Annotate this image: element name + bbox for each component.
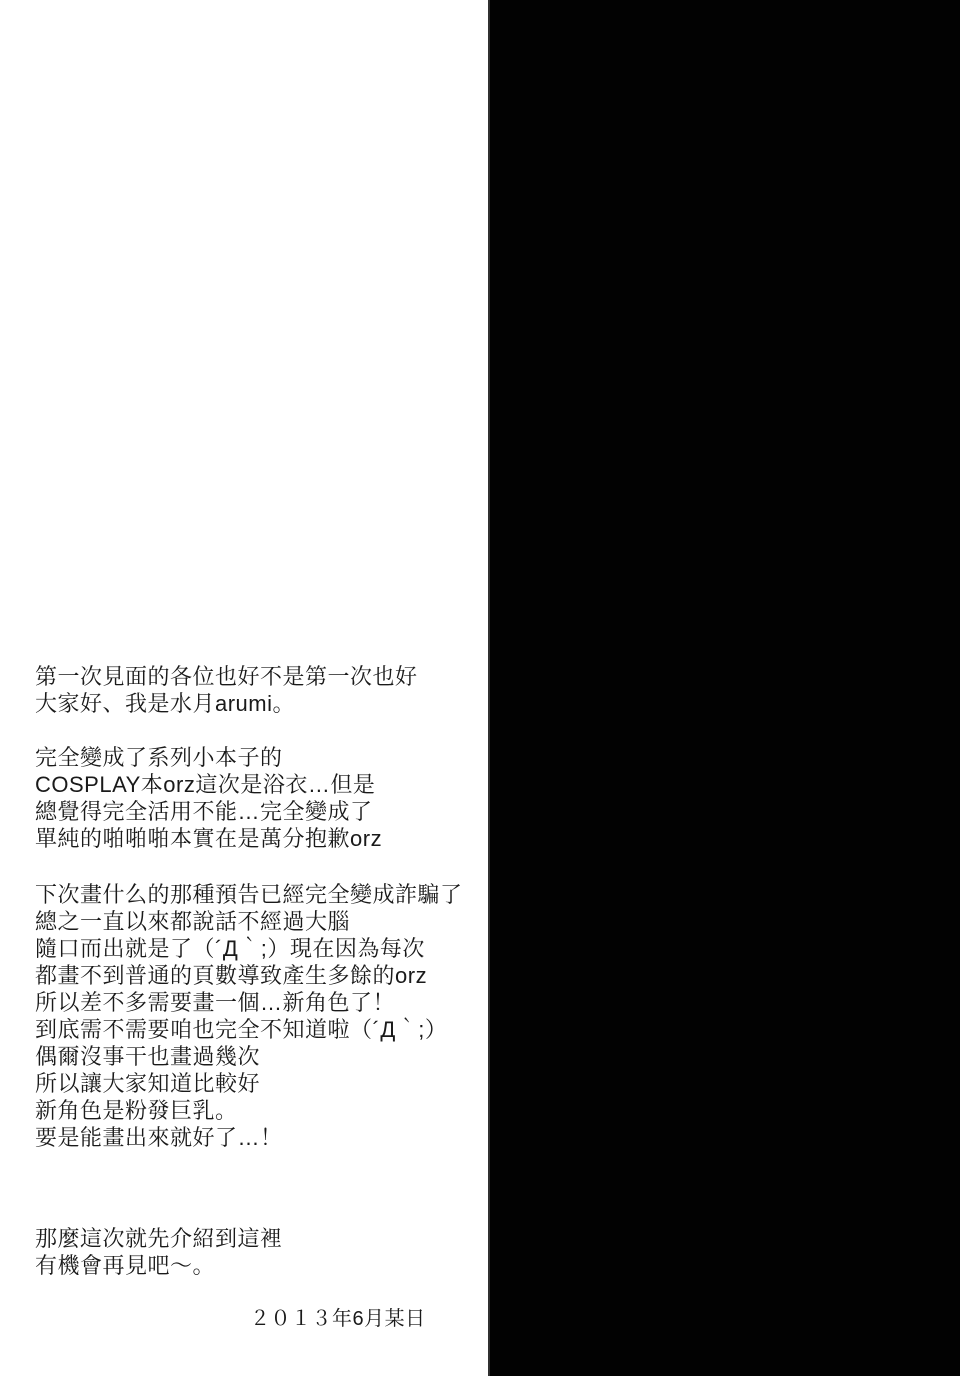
afterword-line: 總之一直以來都說話不經過大腦: [35, 908, 483, 935]
afterword-line: 下次畫什么的那種預告已經完全變成詐騙了: [35, 881, 483, 908]
afterword-line: 要是能畫出來就好了…！: [35, 1124, 483, 1151]
afterword-line: 隨口而出就是了（´Д｀;）現在因為每次: [35, 935, 483, 962]
afterword-line: 單純的啪啪啪本實在是萬分抱歉orz: [35, 825, 483, 852]
afterword-line: 所以差不多需要畫一個…新角色了！: [35, 989, 483, 1016]
afterword-page: 第一次見面的各位也好不是第一次也好大家好、我是水月arumi。 完全變成了系列小…: [0, 0, 960, 1376]
afterword-line: 新角色是粉發巨乳。: [35, 1097, 483, 1124]
afterword-paragraph-apology: 完全變成了系列小本子的COSPLAY本orz這次是浴衣…但是總覺得完全活用不能……: [35, 744, 483, 852]
afterword-text-column: 第一次見面的各位也好不是第一次也好大家好、我是水月arumi。 完全變成了系列小…: [0, 0, 488, 1376]
afterword-line: 偶爾沒事干也畫過幾次: [35, 1043, 483, 1070]
black-page-margin: [488, 0, 960, 1376]
afterword-line: 到底需不需要咱也完全不知道啦（´Д｀;）: [35, 1016, 483, 1043]
afterword-line: COSPLAY本orz這次是浴衣…但是: [35, 771, 483, 798]
afterword-paragraph-greeting: 第一次見面的各位也好不是第一次也好大家好、我是水月arumi。: [35, 663, 483, 717]
afterword-line: 都畫不到普通的頁數導致產生多餘的orz: [35, 962, 483, 989]
afterword-line: 有機會再見吧～。: [35, 1252, 483, 1279]
afterword-date: ２０１３年6月某日: [250, 1307, 426, 1331]
afterword-paragraph-closing: 那麼這次就先介紹到這裡有機會再見吧～。: [35, 1225, 483, 1279]
afterword-line: 大家好、我是水月arumi。: [35, 690, 483, 717]
afterword-line: 完全變成了系列小本子的: [35, 744, 483, 771]
afterword-line: 那麼這次就先介紹到這裡: [35, 1225, 483, 1252]
afterword-line: 所以讓大家知道比較好: [35, 1070, 483, 1097]
afterword-line: 第一次見面的各位也好不是第一次也好: [35, 663, 483, 690]
afterword-line: 總覺得完全活用不能…完全變成了: [35, 798, 483, 825]
afterword-paragraph-next-plans: 下次畫什么的那種預告已經完全變成詐騙了總之一直以來都說話不經過大腦隨口而出就是了…: [35, 881, 483, 1151]
